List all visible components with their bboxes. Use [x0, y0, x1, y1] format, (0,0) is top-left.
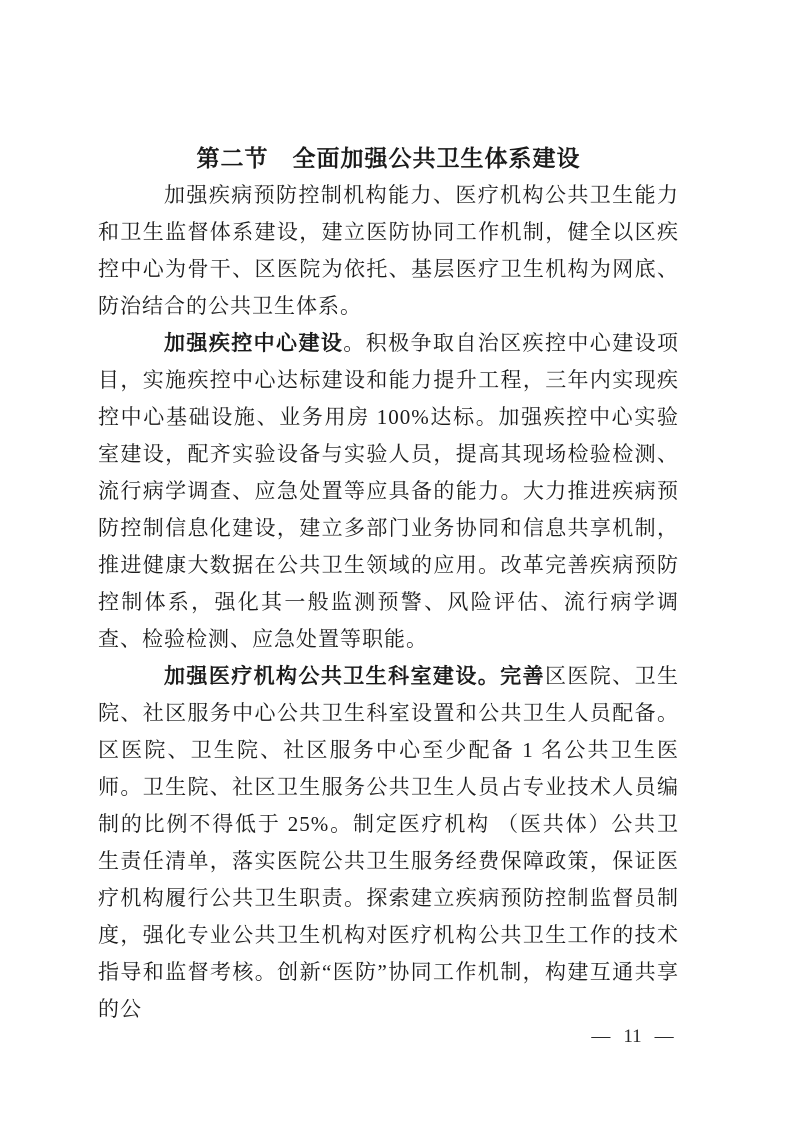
document-page: 第二节 全面加强公共卫生体系建设 加强疾病预防控制机构能力、医疗机构公共卫生能力… — [0, 0, 793, 1122]
section-title: 第二节 全面加强公共卫生体系建设 — [98, 140, 679, 177]
footer-dash-left: — — [591, 1026, 610, 1048]
paragraph-cdc-center-construction: 加强疾控中心建设。积极争取自治区疾控中心建设项目，实施疾控中心达标建设和能力提升… — [98, 325, 679, 658]
paragraph-3-text: 区医院、卫生院、社区服务中心公共卫生科室设置和公共卫生人员配备。区医院、卫生院、… — [98, 664, 679, 1021]
page-content: 第二节 全面加强公共卫生体系建设 加强疾病预防控制机构能力、医疗机构公共卫生能力… — [98, 140, 679, 1028]
page-footer: — 11 — — [585, 1026, 680, 1048]
paragraph-1-text: 加强疾病预防控制机构能力、医疗机构公共卫生能力和卫生监督体系建设，建立医防协同工… — [98, 183, 679, 318]
paragraph-3-bold-lead: 加强医疗机构公共卫生科室建设。完善 — [164, 664, 545, 688]
paragraph-2-bold-lead: 加强疾控中心建设 — [164, 331, 343, 355]
page-number: 11 — [623, 1026, 641, 1048]
footer-dash-right: — — [655, 1026, 674, 1048]
paragraph-public-health-system-overview: 加强疾病预防控制机构能力、医疗机构公共卫生能力和卫生监督体系建设，建立医防协同工… — [98, 177, 679, 325]
paragraph-medical-institution-public-health: 加强医疗机构公共卫生科室建设。完善区医院、卫生院、社区服务中心公共卫生科室设置和… — [98, 658, 679, 1028]
paragraph-2-text: 。积极争取自治区疾控中心建设项目，实施疾控中心达标建设和能力提升工程，三年内实现… — [98, 331, 679, 651]
